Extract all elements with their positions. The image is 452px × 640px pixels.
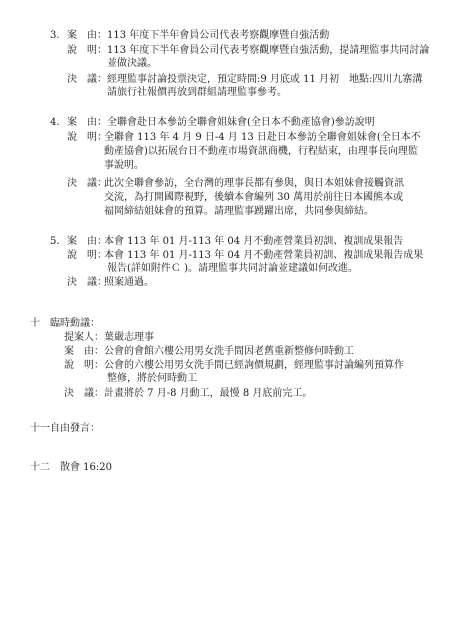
desc-line: 113 年度下半年會員公司代表考察觀摩暨自強活動，提請理監事共同討論 bbox=[107, 45, 429, 57]
section-heading: 十 臨時動議： bbox=[30, 318, 100, 330]
desc-line: 報告(詳如附件Ｃ )。請理監事共同討論並建議如何改進。 bbox=[107, 263, 358, 275]
res-line: 交流，為打開國際視野，後續本會編列 30 萬用於前往日本國熊本或 bbox=[104, 192, 403, 204]
item-number: 5. bbox=[50, 236, 60, 248]
desc-label: 說 明： bbox=[67, 45, 107, 57]
case-text: 113 年度下半年會員公司代表考察觀摩暨自強活動 bbox=[107, 30, 329, 42]
desc-label: 說 明： bbox=[67, 250, 107, 262]
case-label: 案 由： bbox=[67, 30, 107, 42]
res-label: 決 議： bbox=[67, 74, 107, 86]
res-line: 福岡締結姐妹會的預算。請理監事踴躍出席，共同參與締結。 bbox=[104, 206, 374, 218]
res-line: 此次全聯會參訪，全台灣的理事長都有參與，與日本姐妹會接觸資訊 bbox=[104, 178, 404, 190]
proposer-name: 葉嚴志理事 bbox=[104, 332, 154, 344]
desc-label: 說 明： bbox=[64, 360, 104, 372]
desc-line: 全聯會 113 年 4 月 9 日-4 月 13 日赴日本參訪全聯會姐妹會(全日… bbox=[104, 132, 421, 144]
case-label: 案 由： bbox=[67, 117, 107, 129]
res-line: 請旅行社報價再放到群組請理監事參考。 bbox=[107, 87, 287, 99]
desc-line: 事說明。 bbox=[104, 160, 144, 172]
desc-label: 說 明： bbox=[67, 132, 107, 144]
desc-line: 整修，將於何時動工 bbox=[107, 373, 197, 385]
res-label: 決 議： bbox=[67, 178, 107, 190]
item-number: 4. bbox=[50, 117, 60, 129]
res-label: 決 議： bbox=[67, 277, 107, 289]
desc-line: 公會的六樓公用男女洗手間已經詢價規劃，經理監事討論編列預算作 bbox=[104, 360, 404, 372]
desc-line: 並做決議。 bbox=[107, 58, 157, 70]
desc-line: 本會 113 年 01 月-113 年 04 月不動產營業員初訓、複訓成果報告成… bbox=[104, 250, 423, 262]
case-label: 案 由： bbox=[64, 346, 104, 358]
section-12-adjournment: 十二 散會 16:20 bbox=[30, 462, 112, 474]
desc-line: 動產協會)以拓展台日不動產市場資訊商機，行程結束，由理事長向理監 bbox=[104, 146, 418, 158]
item-number: 3. bbox=[50, 30, 60, 42]
res-line: 照案通過。 bbox=[104, 277, 154, 289]
case-label: 案 由： bbox=[67, 236, 107, 248]
section-11-free-speech: 十一自由發言： bbox=[30, 423, 100, 435]
res-text: 計畫將於 7 月-8 月動工，最慢 8 月底前完工。 bbox=[104, 388, 312, 400]
case-text: 全聯會赴日本參訪全聯會姐妹會(全日本不動產協會)參訪說明 bbox=[107, 117, 375, 129]
res-label: 決 議： bbox=[64, 388, 104, 400]
res-line: 經理監事討論投票決定，預定時間:9 月底或 11 月初 地點:四川九寨溝 bbox=[107, 74, 422, 86]
case-text: 公會的會館六樓公用男女洗手間因老舊重新整修何時動工 bbox=[104, 346, 354, 358]
case-text: 本會 113 年 01 月-113 年 04 月不動產營業員初訓、複訓成果報告 bbox=[104, 236, 403, 248]
proposer-label: 提案人： bbox=[64, 332, 104, 344]
